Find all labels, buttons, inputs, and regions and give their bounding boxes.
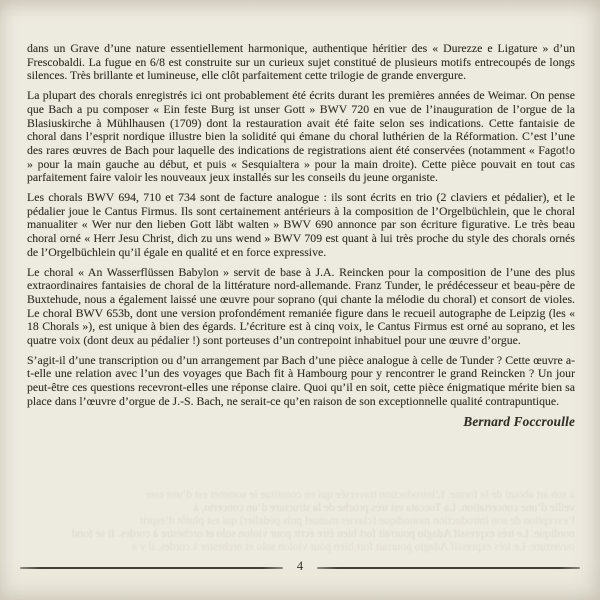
show-through-text: nordique. Le très expressif Adagio pourr…	[27, 528, 575, 541]
paragraph: La plupart des chorals enregistrés ici o…	[27, 89, 575, 185]
verso-show-through: à son art abouti de la forme. L’introduc…	[27, 489, 575, 554]
paragraph: dans un Grave d’une nature essentielleme…	[27, 42, 575, 83]
paragraph: Le choral « An Wasserflüssen Babylon » s…	[27, 266, 575, 348]
show-through-text: ouverture. Le très expressif Adagio pour…	[27, 541, 575, 554]
paragraph: Les chorals BWV 694, 710 et 734 sont de …	[27, 191, 575, 260]
liner-notes-text: dans un Grave d’une nature essentielleme…	[27, 42, 575, 428]
page-number: 4	[283, 559, 317, 573]
page-footer: 4	[20, 561, 580, 575]
footer-rule-right	[317, 567, 580, 569]
show-through-text: veille d’une concertation. La Toccata es…	[27, 502, 575, 515]
scanned-booklet-page: { "doc": { "paragraphs": [ "dans un Grav…	[0, 0, 600, 600]
paragraph: S’agit-il d’une transcription ou d’un ar…	[27, 354, 575, 409]
footer-rule-left	[20, 567, 283, 569]
show-through-text: à son art abouti de la forme. L’introduc…	[27, 489, 575, 502]
author-signature: Bernard Foccroulle	[27, 415, 575, 429]
show-through-text: l’exception de son introduction monodiqu…	[27, 515, 575, 528]
